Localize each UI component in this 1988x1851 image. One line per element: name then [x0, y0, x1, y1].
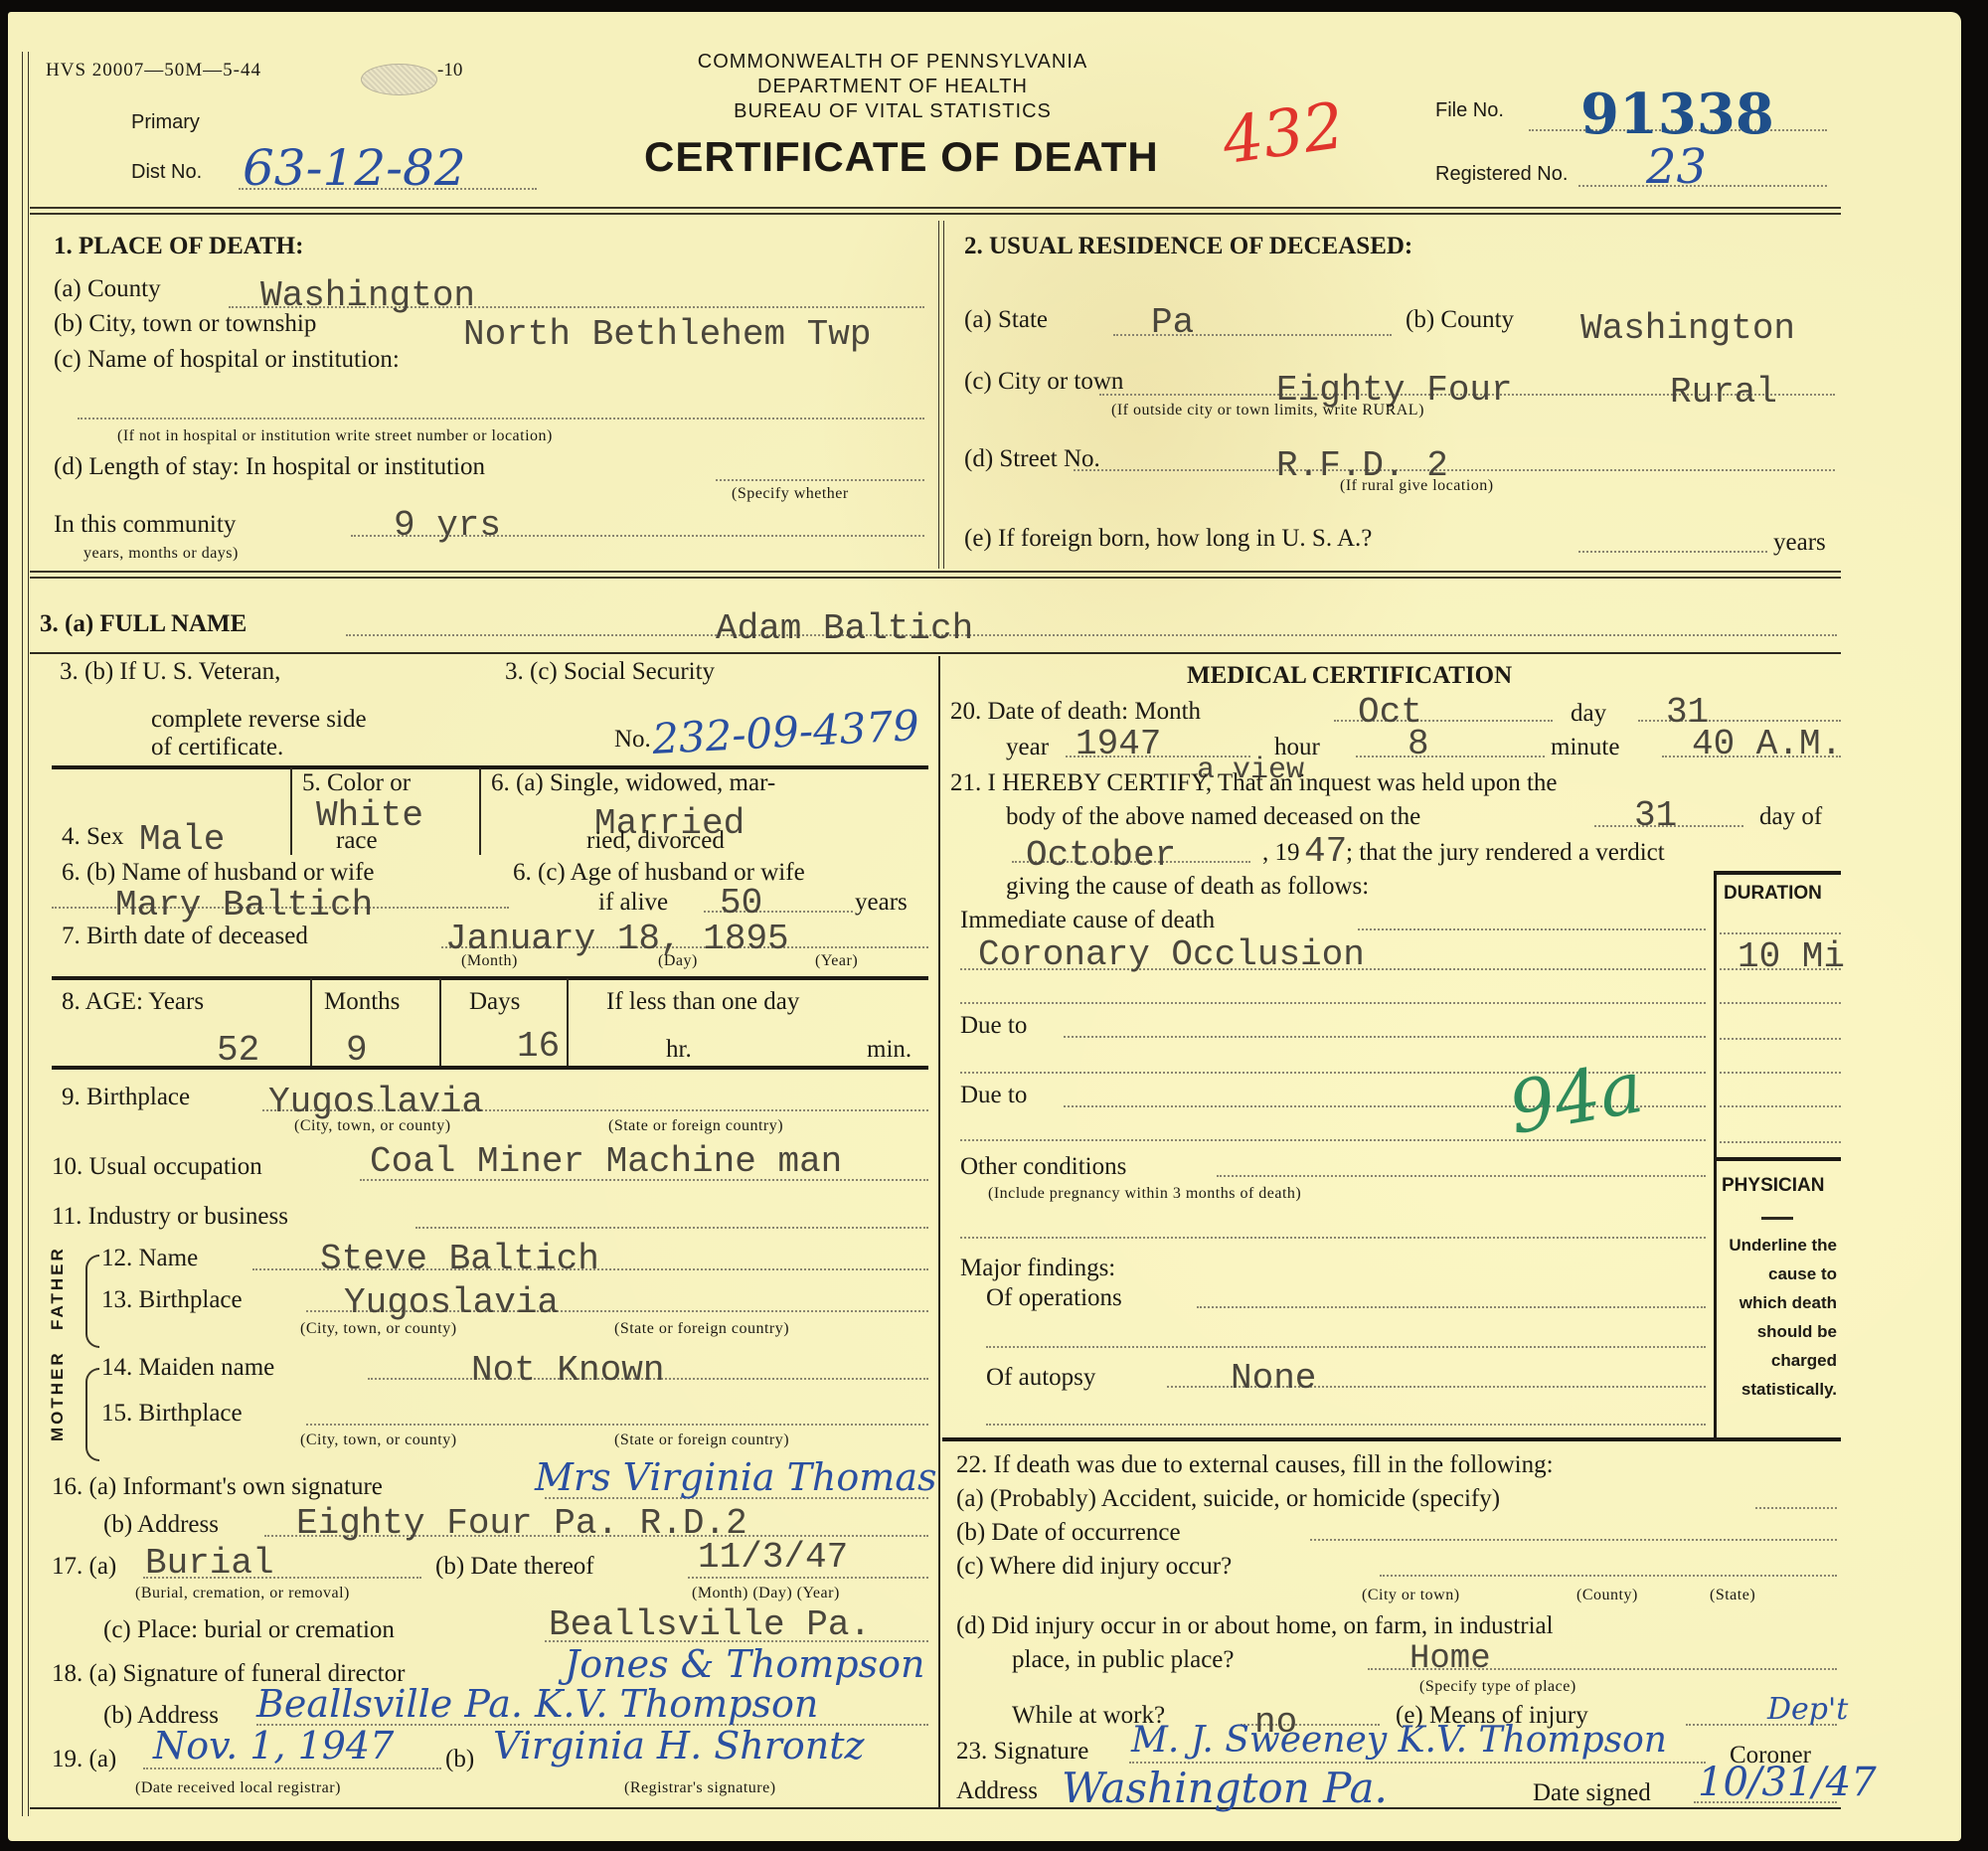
full-name-value: Adam Baltich — [716, 608, 973, 649]
operations-line — [1197, 1306, 1706, 1308]
pod-community-value: 9 yrs — [394, 505, 501, 546]
father-birth-hint-1: (City, town, or county) — [300, 1320, 457, 1338]
org-line-2: DEPARTMENT OF HEALTH — [644, 75, 1141, 99]
mother-name-value: Not Known — [471, 1350, 664, 1391]
ss-label: 3. (c) Social Security — [505, 658, 715, 686]
funeral-director-signature: Jones & Thompson — [565, 1642, 924, 1686]
occupation-value: Coal Miner Machine man — [370, 1141, 842, 1182]
red-annotation: 432 — [1218, 89, 1348, 179]
res-street-hint: (If rural give location) — [1340, 477, 1494, 495]
duration-divider — [1714, 871, 1717, 1437]
left-border — [22, 52, 29, 1816]
autopsy-label: Of autopsy — [986, 1364, 1095, 1392]
res-street-line — [1074, 469, 1835, 471]
ss-no-label: No. — [614, 726, 651, 754]
external-a-label: (a) (Probably) Accident, suicide, or hom… — [956, 1485, 1500, 1513]
full-name-line — [346, 634, 1837, 636]
dist-label: Dist No. — [131, 161, 202, 184]
certify-line-2a: body of the above named deceased on the — [1006, 803, 1420, 831]
pod-city-value: North Bethlehem Twp — [463, 314, 871, 355]
age-min-label: min. — [867, 1036, 911, 1064]
file-number: 91338 — [1580, 82, 1774, 147]
father-bracket — [85, 1255, 99, 1348]
res-city-rural: Rural — [1670, 372, 1777, 413]
occupation-label: 10. Usual occupation — [52, 1153, 262, 1181]
death-minute-label: minute — [1551, 734, 1619, 761]
code-annotation: 94a — [1503, 1045, 1649, 1150]
mother-side-label: MOTHER — [48, 1350, 68, 1441]
birthplace-value: Yugoslavia — [268, 1082, 483, 1122]
birth-label: 7. Birth date of deceased — [62, 923, 308, 950]
operations-line-2 — [986, 1346, 1706, 1348]
physician-heading: PHYSICIAN — [1722, 1175, 1824, 1197]
registrar-date-label: 19. (a) — [52, 1746, 116, 1773]
certify-line-1: 21. I HEREBY CERTIFY, That an inquest wa… — [950, 769, 1558, 797]
sex-race-divider — [290, 767, 292, 855]
operations-label: Of operations — [986, 1284, 1122, 1312]
veteran-divider — [52, 765, 928, 769]
informant-address-label: (b) Address — [103, 1511, 219, 1539]
death-year-label: year — [1006, 734, 1049, 761]
marital-label-2: ried, divorced — [586, 827, 725, 855]
veteran-label: 3. (b) If U. S. Veteran, — [60, 658, 280, 686]
mother-name-label: 14. Maiden name — [101, 1354, 274, 1382]
disposal-date-value: 11/3/47 — [698, 1537, 848, 1578]
external-d-label-2: place, in public place? — [1012, 1646, 1235, 1674]
other-conditions-line-2 — [960, 1237, 1706, 1239]
disposal-hint: (Burial, cremation, or removal) — [135, 1585, 350, 1602]
burial-place-label: (c) Place: burial or cremation — [103, 1616, 395, 1644]
header-divider — [30, 207, 1841, 215]
pod-hospital-hint: (If not in hospital or institution write… — [117, 427, 553, 445]
other-conditions-hint: (Include pregnancy within 3 months of de… — [988, 1185, 1301, 1203]
due-to-line-1 — [1064, 1036, 1706, 1038]
age-divider-1 — [310, 978, 312, 1068]
duration-top-line — [1716, 871, 1841, 875]
coroner-address: Washington Pa. — [1062, 1764, 1388, 1812]
spouse-age-value: 50 — [720, 883, 762, 924]
duration-line-1 — [1720, 932, 1841, 934]
age-years-value: 52 — [217, 1030, 259, 1071]
mother-birth-label: 15. Birthplace — [101, 1400, 243, 1428]
duration-line-6 — [1720, 1105, 1841, 1107]
marital-label: 6. (a) Single, widowed, mar- — [491, 769, 775, 797]
father-name-label: 12. Name — [101, 1245, 198, 1272]
medical-bottom-line — [942, 1437, 1841, 1441]
pod-hospital-line — [78, 418, 924, 420]
sex-value: Male — [139, 819, 225, 860]
ss-value: 232-09-4379 — [651, 701, 920, 763]
date-signed-label: Date signed — [1533, 1779, 1651, 1807]
duration-line-7 — [1720, 1141, 1841, 1143]
coroner-signature-label: 23. Signature — [956, 1738, 1088, 1766]
form-code: HVS 20007—50M—5-44 — [46, 60, 261, 82]
registered-label: Registered No. — [1435, 163, 1568, 186]
other-conditions-line — [1217, 1175, 1706, 1177]
coroner-signature: M. J. Sweeney K.V. Thompson — [1131, 1720, 1667, 1761]
immediate-cause-line — [1358, 928, 1706, 930]
birthplace-hint-2: (State or foreign country) — [608, 1117, 783, 1135]
section-divider-2 — [30, 571, 1841, 579]
age-days-label: Days — [469, 988, 520, 1016]
informant-signature: Mrs Virginia Thomas — [535, 1455, 936, 1499]
father-side-label: FATHER — [48, 1246, 68, 1330]
physician-dash — [1761, 1217, 1793, 1220]
physician-note: Underline the cause to which death shoul… — [1720, 1231, 1837, 1404]
death-minute-value: 40 A.M. — [1692, 724, 1842, 764]
coroner-address-label: Address — [956, 1777, 1038, 1805]
res-foreign-unit: years — [1773, 529, 1826, 557]
spouse-age-label-2: if alive — [598, 889, 668, 917]
race-label-2: race — [336, 827, 378, 855]
registrar-sig-label: (b) — [445, 1746, 474, 1773]
veteran-hint-2: of certificate. — [151, 734, 283, 761]
age-bottom-line — [52, 1066, 928, 1070]
cause-line-1 — [960, 1002, 1706, 1004]
page-title: CERTIFICATE OF DEATH — [644, 133, 1159, 181]
duration-line-5 — [1720, 1072, 1841, 1074]
death-day-label: day — [1571, 700, 1606, 728]
seal-icon — [361, 64, 437, 95]
age-label: 8. AGE: Years — [62, 988, 204, 1016]
age-divider-2 — [439, 978, 441, 1068]
burial-place-value: Beallsville Pa. — [549, 1604, 871, 1645]
birth-hint-month: (Month) — [461, 952, 518, 970]
funeral-director-address: Beallsville Pa. K.V. Thompson — [256, 1682, 818, 1726]
informant-signature-label: 16. (a) Informant's own signature — [52, 1473, 383, 1501]
cause-line-3 — [960, 1139, 1706, 1141]
org-header: COMMONWEALTH OF PENNSYLVANIA DEPARTMENT … — [644, 50, 1141, 124]
external-c-label: (c) Where did injury occur? — [956, 1553, 1232, 1581]
duration-heading: DURATION — [1724, 883, 1822, 905]
registrar-date-hint: (Date received local registrar) — [135, 1779, 341, 1797]
center-divider — [938, 656, 940, 1809]
date-signed-value: 10/31/47 — [1698, 1760, 1877, 1805]
external-c-hint-city: (City or town) — [1362, 1587, 1460, 1604]
death-hour-value: 8 — [1408, 724, 1429, 764]
external-causes-heading: 22. If death was due to external causes,… — [956, 1451, 1554, 1479]
informant-address-value: Eighty Four Pa. R.D.2 — [296, 1503, 747, 1544]
certify-line-4: giving the cause of death as follows: — [1006, 873, 1369, 901]
physician-top-line — [1716, 1157, 1841, 1161]
age-less-label: If less than one day — [606, 988, 799, 1016]
residence-heading: 2. USUAL RESIDENCE OF DECEASED: — [964, 233, 1412, 260]
duration-line-4 — [1720, 1038, 1841, 1040]
death-hour-line — [1356, 756, 1545, 757]
res-foreign-line — [1578, 551, 1767, 553]
pod-stay-line — [716, 479, 924, 481]
res-foreign-label: (e) If foreign born, how long in U. S. A… — [964, 525, 1372, 553]
external-d-label-1: (d) Did injury occur in or about home, o… — [956, 1612, 1554, 1640]
res-city-label: (c) City or town — [964, 368, 1123, 396]
pod-hospital-label: (c) Name of hospital or institution: — [54, 346, 400, 374]
bottom-line — [30, 1807, 1841, 1809]
registrar-date-line — [143, 1767, 441, 1769]
res-county-value: Washington — [1580, 308, 1795, 349]
place-of-death-heading: 1. PLACE OF DEATH: — [54, 233, 303, 260]
age-months-label: Months — [324, 988, 400, 1016]
file-label: File No. — [1435, 99, 1504, 122]
org-line-1: COMMONWEALTH OF PENNSYLVANIA — [644, 50, 1141, 75]
res-city-hint: (If outside city or town limits, write R… — [1111, 402, 1424, 420]
external-b-label: (b) Date of occurrence — [956, 1519, 1181, 1547]
section-divider — [938, 221, 944, 569]
inquest-day-value: 31 — [1634, 795, 1677, 836]
duration-value: 10 Mi — [1738, 936, 1845, 977]
medical-heading: MEDICAL CERTIFICATION — [1187, 662, 1512, 690]
deputy-note: Dep't — [1767, 1692, 1848, 1727]
external-d-hint: (Specify type of place) — [1419, 1678, 1576, 1696]
primary-label: Primary — [131, 111, 200, 134]
industry-label: 11. Industry or business — [52, 1203, 288, 1231]
pod-stay-label: (d) Length of stay: In hospital or insti… — [54, 453, 485, 481]
race-marital-divider — [479, 767, 481, 855]
major-findings-label: Major findings: — [960, 1255, 1115, 1282]
registrar-signature: Virginia H. Shrontz — [493, 1724, 865, 1767]
spouse-label: 6. (b) Name of husband or wife — [62, 859, 375, 887]
autopsy-line-2 — [986, 1424, 1706, 1426]
mother-bracket — [85, 1368, 99, 1461]
father-birth-hint-2: (State or foreign country) — [614, 1320, 789, 1338]
res-state-value: Pa — [1151, 302, 1194, 343]
age-days-value: 16 — [517, 1026, 560, 1067]
birth-hint-year: (Year) — [815, 952, 858, 970]
due-to-label-2: Due to — [960, 1082, 1027, 1109]
age-hr-label: hr. — [666, 1036, 692, 1064]
mother-birth-hint-2: (State or foreign country) — [614, 1431, 789, 1449]
pod-city-label: (b) City, town or township — [54, 310, 316, 338]
external-b-line — [1310, 1539, 1837, 1541]
disposal-date-hint: (Month) (Day) (Year) — [692, 1585, 840, 1602]
external-a-line — [1755, 1507, 1837, 1509]
birthplace-hint-1: (City, town, or county) — [294, 1117, 451, 1135]
res-state-label: (a) State — [964, 306, 1048, 334]
duration-line-3 — [1720, 1002, 1841, 1004]
death-year-value: 1947 — [1076, 724, 1161, 764]
autopsy-value: None — [1231, 1358, 1316, 1399]
race-label: 5. Color or — [302, 769, 411, 797]
disposal-value: Burial — [145, 1543, 274, 1584]
father-name-value: Steve Baltich — [320, 1239, 599, 1279]
pod-county-label: (a) County — [54, 275, 161, 303]
immediate-cause-value: Coronary Occlusion — [978, 934, 1365, 975]
immediate-cause-label: Immediate cause of death — [960, 907, 1215, 934]
dist-value: 63-12-82 — [243, 139, 466, 197]
death-date-label: 20. Date of death: Month — [950, 698, 1201, 726]
veteran-hint-1: complete reverse side — [151, 706, 367, 734]
father-birth-value: Yugoslavia — [344, 1282, 559, 1323]
birthplace-label: 9. Birthplace — [62, 1084, 190, 1111]
spouse-age-unit: years — [855, 889, 908, 917]
death-certificate: HVS 20007—50M—5-44 -10 Primary Dist No. … — [8, 12, 1961, 1841]
external-c-hint-county: (County) — [1576, 1587, 1638, 1604]
due-to-label-1: Due to — [960, 1012, 1027, 1040]
res-county-label: (b) County — [1406, 306, 1514, 334]
other-conditions-label: Other conditions — [960, 1153, 1126, 1181]
external-c-hint-state: (State) — [1710, 1587, 1755, 1604]
external-d-value: Home — [1409, 1640, 1491, 1678]
age-top-line — [52, 976, 928, 980]
birth-hint-day: (Day) — [658, 952, 698, 970]
registrar-date: Nov. 1, 1947 — [153, 1724, 394, 1767]
external-c-line — [1380, 1575, 1837, 1577]
registrar-sig-hint: (Registrar's signature) — [624, 1779, 776, 1797]
age-divider-3 — [567, 978, 569, 1068]
industry-line — [415, 1227, 928, 1229]
certify-line-3b: ; that the jury rendered a verdict — [1346, 839, 1665, 867]
certify-line-2b: day of — [1759, 803, 1822, 831]
mother-birth-line — [306, 1424, 928, 1426]
sex-label: 4. Sex — [62, 823, 124, 851]
org-line-3: BUREAU OF VITAL STATISTICS — [644, 99, 1141, 124]
mother-birth-hint-1: (City, town, or county) — [300, 1431, 457, 1449]
form-code-suffix: -10 — [437, 60, 462, 82]
full-name-divider — [30, 652, 1841, 654]
pod-community-label: In this community — [54, 511, 236, 539]
age-months-value: 9 — [346, 1030, 368, 1071]
disposal-date-label: (b) Date thereof — [435, 1553, 594, 1581]
pod-stay-hint: (Specify whether — [732, 485, 849, 503]
registered-number: 23 — [1646, 139, 1707, 195]
inquest-month-value: October — [1026, 835, 1176, 876]
full-name-label: 3. (a) FULL NAME — [40, 610, 247, 638]
disposal-label: 17. (a) — [52, 1553, 116, 1581]
father-birth-label: 13. Birthplace — [101, 1286, 243, 1314]
pod-community-hint: years, months or days) — [83, 545, 239, 563]
inquest-year-value: 47 — [1304, 831, 1347, 872]
certify-line-3a: , 19 — [1262, 839, 1300, 867]
spouse-value: Mary Baltich — [115, 885, 373, 925]
